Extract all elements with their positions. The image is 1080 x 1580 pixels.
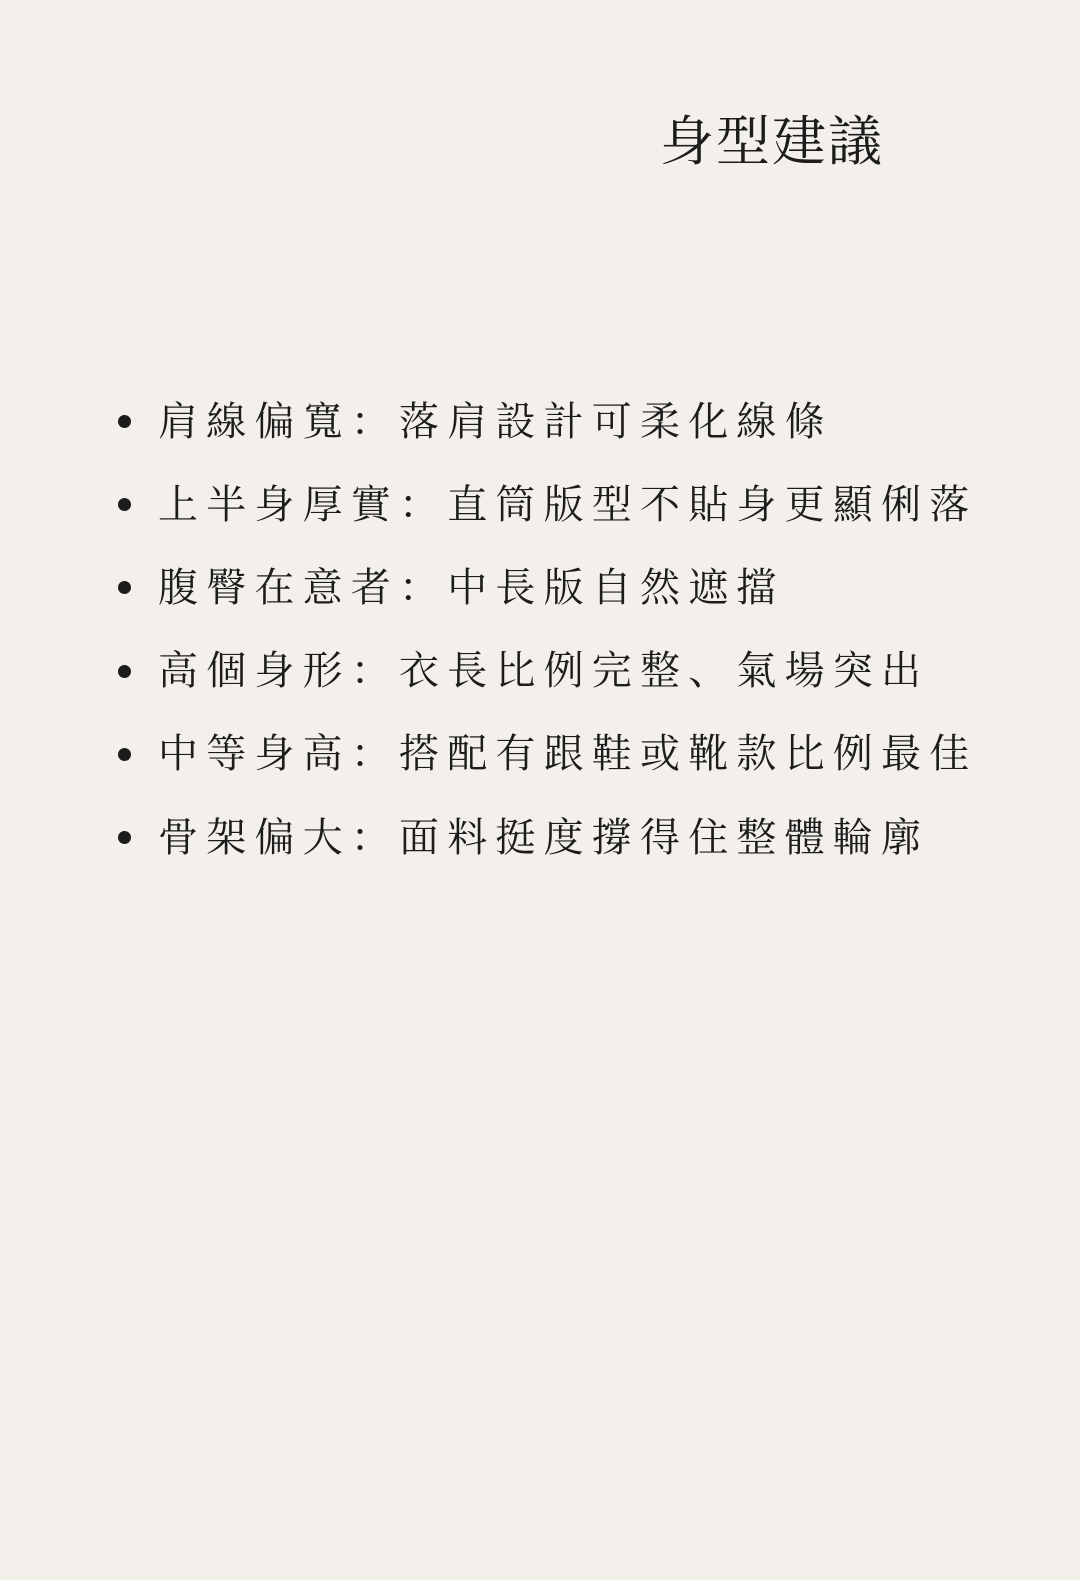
list-item: 高個身形：衣長比例完整、氣場突出 [118,630,977,713]
list-item: 骨架偏大：面料挺度撐得住整體輪廓 [118,796,977,879]
bullet-icon [118,831,131,844]
page-title: 身型建議 [660,106,884,178]
list-item: 中等身高：搭配有跟鞋或靴款比例最佳 [118,713,977,796]
bullet-icon [118,415,131,428]
bullet-icon [118,748,131,761]
advice-list: 肩線偏寬：落肩設計可柔化線條 上半身厚實：直筒版型不貼身更顯俐落 腹臀在意者：中… [118,380,977,879]
list-item-text: 肩線偏寬：落肩設計可柔化線條 [158,398,833,446]
list-item-text: 中等身高：搭配有跟鞋或靴款比例最佳 [158,730,977,778]
list-item-text: 腹臀在意者：中長版自然遮擋 [158,564,785,612]
list-item: 腹臀在意者：中長版自然遮擋 [118,546,977,629]
bullet-icon [118,665,131,678]
list-item-text: 上半身厚實：直筒版型不貼身更顯俐落 [158,481,977,529]
bullet-icon [118,581,131,594]
list-item-text: 骨架偏大：面料挺度撐得住整體輪廓 [158,814,929,862]
bullet-icon [118,498,131,511]
list-item: 肩線偏寬：落肩設計可柔化線條 [118,380,977,463]
body-type-advice-page: 身型建議 肩線偏寬：落肩設計可柔化線條 上半身厚實：直筒版型不貼身更顯俐落 腹臀… [0,0,1080,1580]
list-item: 上半身厚實：直筒版型不貼身更顯俐落 [118,463,977,546]
list-item-text: 高個身形：衣長比例完整、氣場突出 [158,647,929,695]
